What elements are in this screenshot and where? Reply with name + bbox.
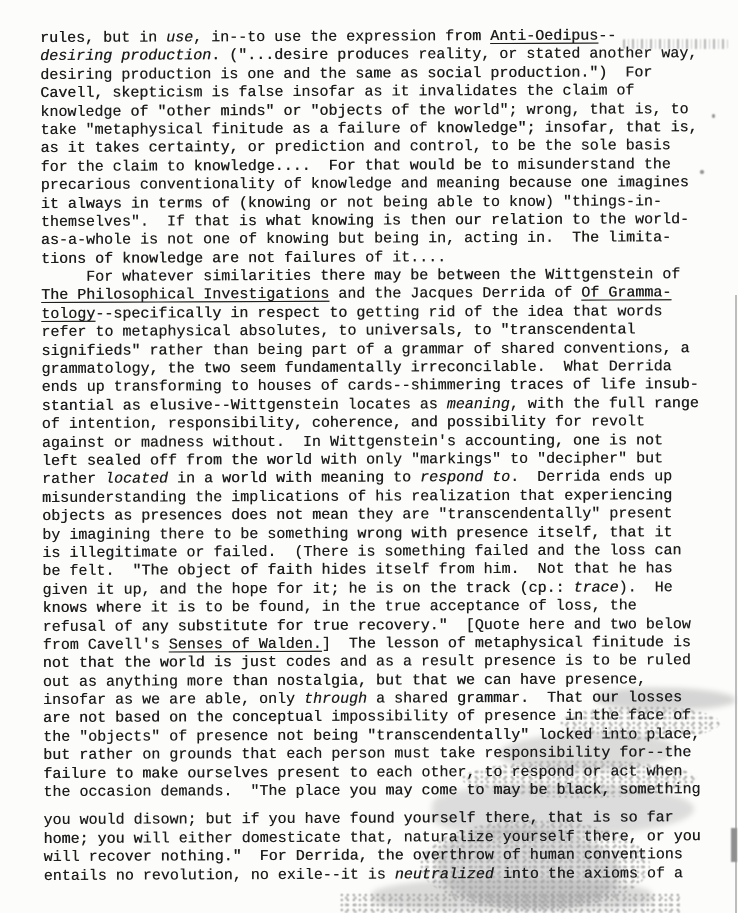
text: the occasion demands. "The place you may…	[43, 781, 700, 801]
text: knowledge of "other minds" or "objects o…	[40, 101, 688, 121]
text: . ("...desire produces reality, or state…	[211, 46, 697, 65]
text: . Derrida ends up	[510, 469, 672, 487]
text: for the claim to knowledge.... For that …	[41, 156, 671, 176]
text: by imagining there to be something wrong…	[42, 524, 672, 544]
text: rather	[42, 471, 105, 488]
text: it always in terms of (knowing or not be…	[41, 193, 662, 213]
text: will recover nothing." For Derrida, the …	[44, 846, 683, 866]
document-line: the occasion demands. "The place you may…	[43, 781, 700, 802]
scan-speck	[700, 170, 704, 174]
text: , in--to use the expression from	[193, 28, 490, 46]
text: refer to metaphysical absolutes, to univ…	[41, 322, 635, 342]
text: a shared grammar. That our losses	[367, 689, 682, 707]
text: signifieds" rather than being part of a …	[41, 340, 689, 360]
text: home; you will either domesticate that, …	[43, 828, 700, 848]
text: take "metaphysical finitude as a failure…	[40, 119, 697, 139]
text: rules, but in	[40, 29, 166, 47]
italic-text: meaning	[447, 396, 510, 413]
underlined-text: Anti-Oedipus	[490, 28, 598, 45]
scan-edge-line	[735, 295, 737, 913]
underlined-text: tology	[41, 306, 95, 323]
italic-text: trace	[573, 579, 618, 596]
italic-text: use	[166, 29, 193, 46]
text: left sealed off from the world with only…	[42, 450, 663, 470]
text: not that the world is just codes and as …	[43, 652, 691, 672]
text: entails no revolution, no exile--it is	[44, 866, 395, 885]
italic-text: through	[304, 691, 367, 708]
text: as it takes certainty, or prediction and…	[40, 138, 670, 158]
text: failure to make ourselves present to eac…	[43, 763, 682, 783]
text: precarious conventionality of knowledge …	[41, 174, 689, 194]
text: desiring production is one and the same …	[40, 64, 652, 84]
text: against or madness without. In Wittgenst…	[42, 432, 663, 452]
italic-text: respond to	[420, 469, 510, 486]
text: into the axioms of a	[494, 865, 683, 883]
document-body: rules, but in use, in--to use the expres…	[40, 27, 701, 886]
text: and the Jacques Derrida of	[329, 285, 581, 303]
text: insofar as we are able, only	[43, 691, 304, 709]
text: --	[598, 27, 616, 44]
toner-smudge	[340, 893, 680, 913]
text: ends up transforming to houses of cards-…	[42, 377, 699, 397]
text: be felt. "The object of faith hides itse…	[42, 561, 672, 581]
scanned-page: rules, but in use, in--to use the expres…	[0, 0, 738, 913]
text: misunderstanding the implications of his…	[42, 487, 672, 507]
text: but rather on grounds that each person m…	[43, 744, 691, 764]
text: , with the full range	[510, 395, 699, 413]
text: refusal of any substitute for true recov…	[43, 616, 691, 636]
text: themselves". If that is what knowing is …	[41, 211, 689, 231]
text: as-a-whole is not one of knowing but bei…	[41, 230, 671, 250]
text: Cavell, skepticism is false insofar as i…	[40, 83, 634, 103]
text: --specifically in respect to getting rid…	[95, 303, 662, 322]
scan-edge-mark	[731, 828, 737, 862]
text: is illegitimate or failed. (There is som…	[42, 542, 681, 562]
underlined-text: Senses of Walden.	[169, 636, 322, 654]
text: the "objects" of presence not being "tra…	[43, 726, 700, 746]
text: out as anything more than nostalgia, but…	[43, 671, 646, 691]
underlined-text: The Philosophical Investigations	[41, 286, 329, 304]
text: tions of knowledge are not failures of i…	[41, 249, 446, 268]
italic-text: desiring production	[40, 48, 211, 66]
text: of intention, responsibility, coherence,…	[42, 414, 645, 434]
text: stantial as elusive--Wittgenstein locate…	[42, 396, 447, 415]
text: objects as presences does not mean they …	[42, 505, 672, 525]
italic-text: located	[105, 471, 168, 488]
text: given it up, and the hope for it; he is …	[42, 579, 573, 598]
text: For whatever similarities there may be b…	[41, 266, 680, 286]
document-line: entails no revolution, no exile--it is n…	[44, 865, 701, 886]
text: grammatology, the two seem fundamentally…	[41, 358, 671, 378]
scan-speck	[712, 114, 715, 118]
text: are not based on the conceptual impossib…	[43, 708, 691, 728]
text: ] The lesson of metaphysical finitude is	[322, 634, 691, 653]
underlined-text: Of Gramma-	[581, 285, 671, 302]
text: ). He	[619, 579, 673, 596]
text: from Cavell's	[43, 636, 169, 654]
text: you would disown; but if you have found …	[43, 810, 673, 830]
italic-text: neutralized	[395, 866, 494, 883]
document-line: as-a-whole is not one of knowing but bei…	[41, 229, 698, 250]
text: in a world with meaning to	[168, 470, 420, 488]
text: knows where it is to be found, in the tr…	[42, 598, 636, 618]
